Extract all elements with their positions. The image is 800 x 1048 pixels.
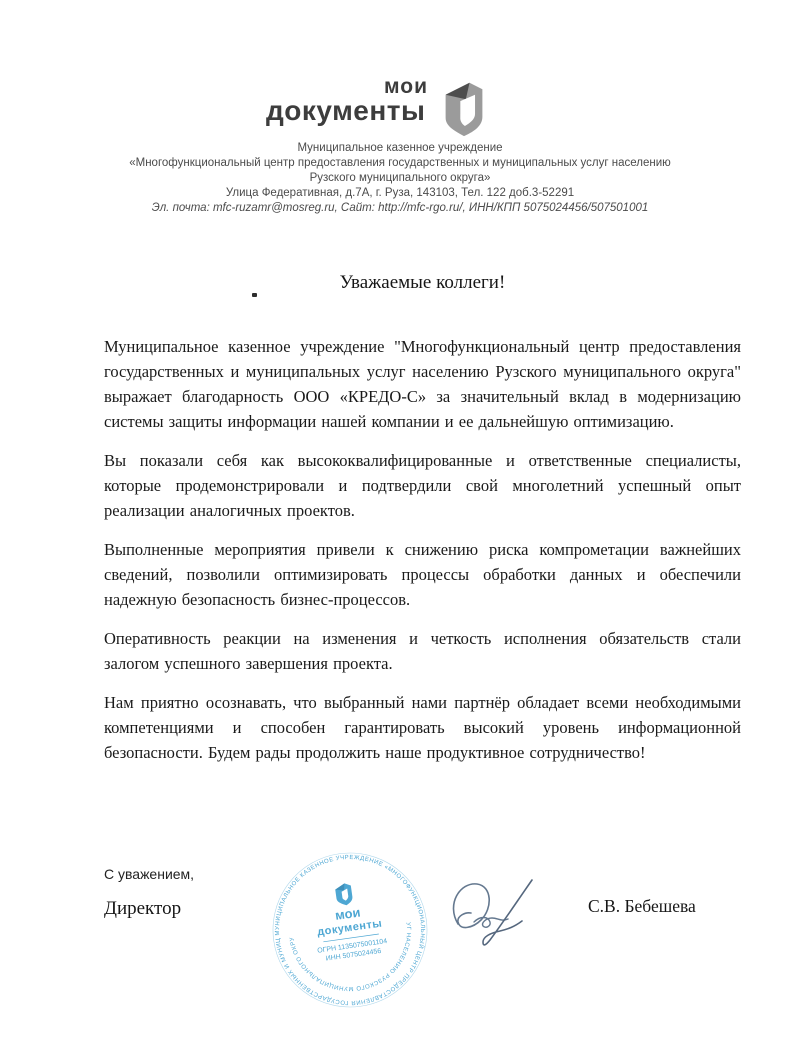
signer-title: Директор xyxy=(104,898,181,920)
official-stamp: МУНИЦИПАЛЬНОЕ КАЗЕННОЕ УЧРЕЖДЕНИЕ «МНОГО… xyxy=(259,836,441,1025)
logo-text: мои документы xyxy=(266,78,432,126)
org-header: Муниципальное казенное учреждение «Много… xyxy=(0,141,800,216)
signature-ink xyxy=(440,872,570,962)
paragraph-1: Муниципальное казенное учреждение "Много… xyxy=(104,334,741,434)
stamp-logo-icon xyxy=(335,882,354,906)
org-name-line3: Рузского муниципального округа» xyxy=(0,171,800,186)
paragraph-2: Вы показали себя как высококвалифицирова… xyxy=(104,448,741,523)
scan-artifact-dot xyxy=(252,293,257,297)
letter-body: Муниципальное казенное учреждение "Много… xyxy=(104,334,741,779)
logo: мои документы xyxy=(266,78,487,142)
paragraph-4: Оперативность реакции на изменения и чет… xyxy=(104,626,741,676)
org-contacts: Эл. почта: mfc-ruzamr@mosreg.ru, Сайт: h… xyxy=(0,201,800,216)
salutation: Уважаемые коллеги! xyxy=(104,272,741,294)
logo-word-dokumenty: документы xyxy=(266,96,432,126)
org-name-line1: Муниципальное казенное учреждение xyxy=(0,141,800,156)
org-name-line2: «Многофункциональный центр предоставлени… xyxy=(0,156,800,171)
letter-page: мои документы Муниципальное казенное учр… xyxy=(0,0,800,1048)
paragraph-3: Выполненные мероприятия привели к снижен… xyxy=(104,537,741,612)
closing-phrase: С уважением, xyxy=(104,866,194,882)
logo-word-moi: мои xyxy=(266,78,432,96)
paragraph-5: Нам приятно осознавать, что выбранный на… xyxy=(104,690,741,765)
org-address: Улица Федеративная, д.7А, г. Руза, 14310… xyxy=(0,186,800,201)
signer-name: С.В. Бебешева xyxy=(588,896,696,917)
documents-folder-icon xyxy=(441,80,487,142)
